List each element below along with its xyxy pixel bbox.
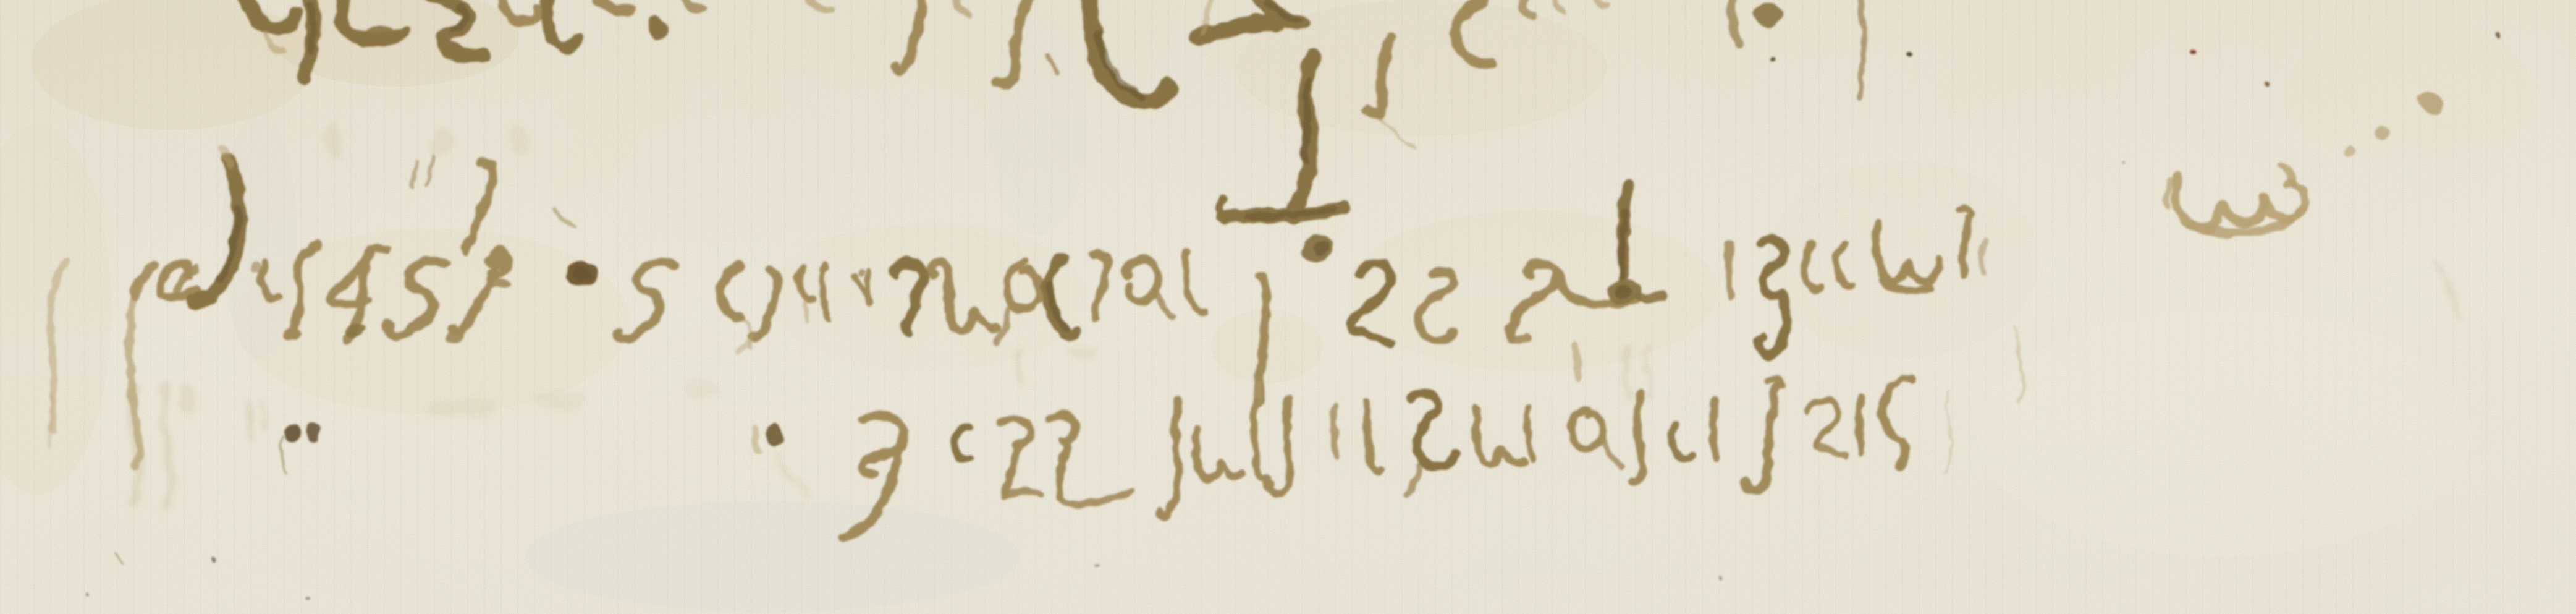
paper-grain [0,0,2576,614]
manuscript-page: Photograph of a handwritten manuscript f… [0,0,2576,614]
manuscript-photo: Photograph of a handwritten manuscript f… [0,0,2576,614]
